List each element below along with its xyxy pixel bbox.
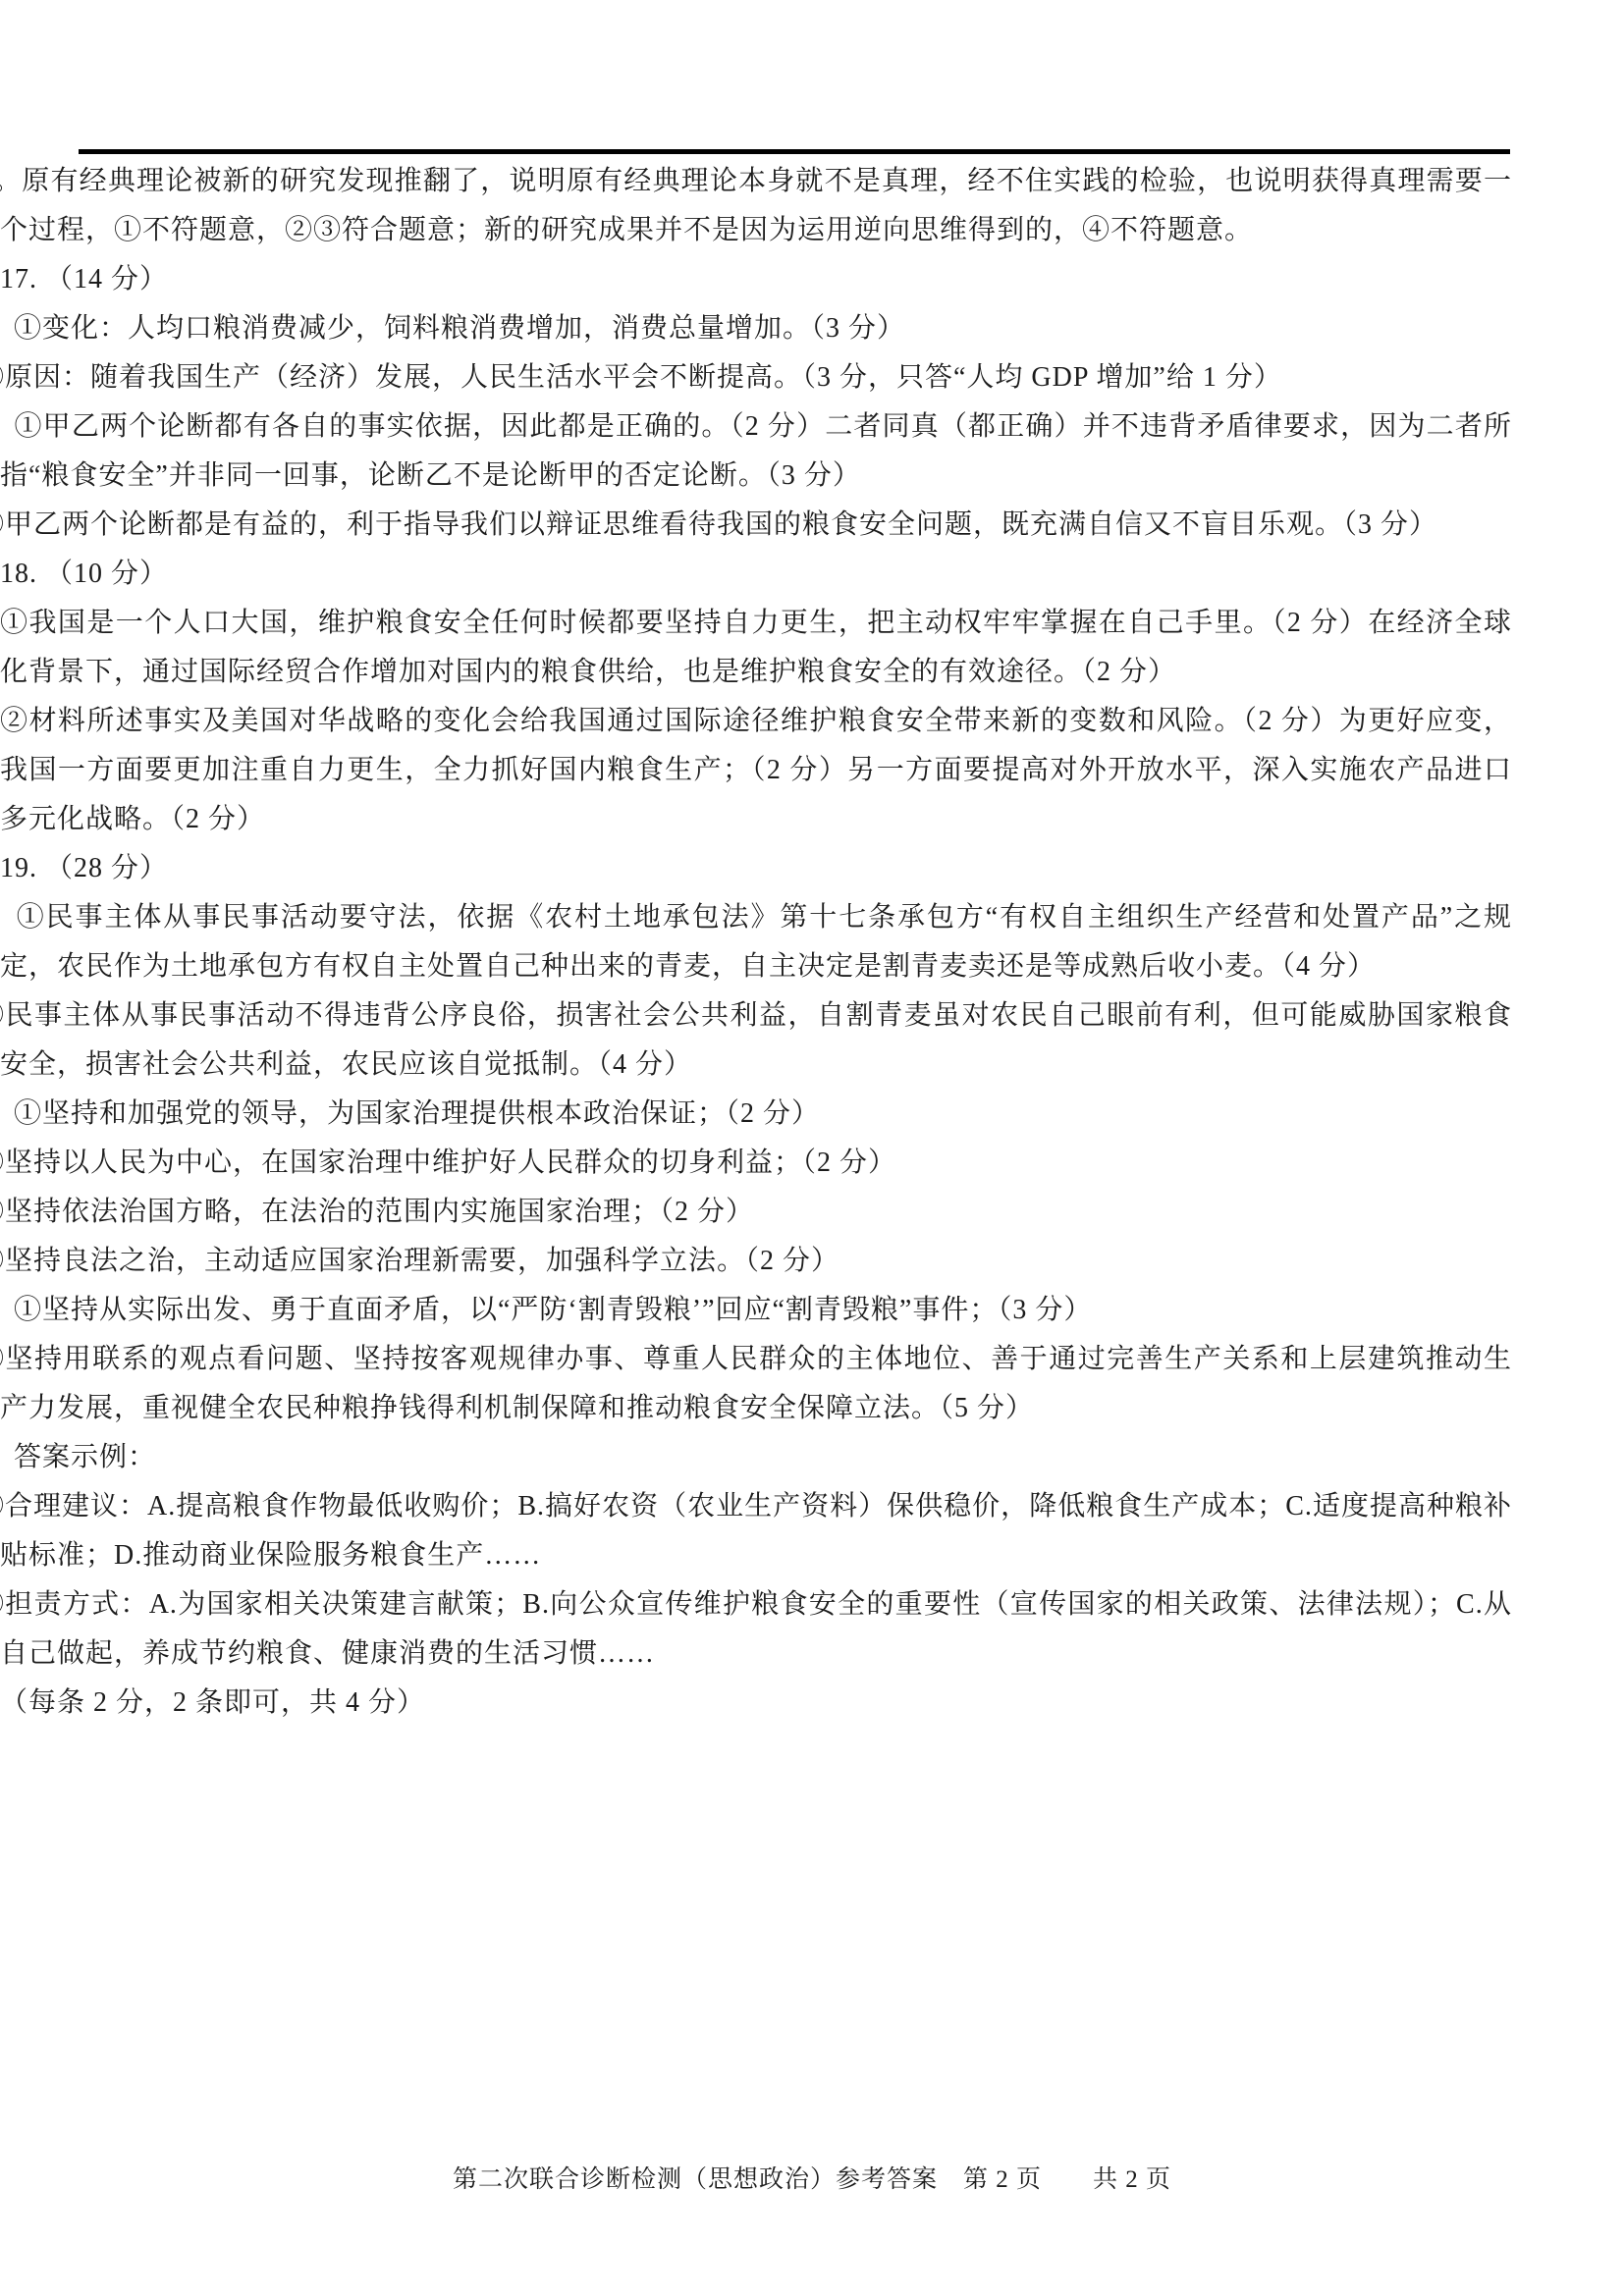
answer-line: ④坚持良法之治，主动适应国家治理新需要，加强科学立法。（2 分） [0,1237,1512,1286]
answer-line: ②坚持用联系的观点看问题、坚持按客观规律办事、尊重人民群众的主体地位、善于通过完… [0,1335,1512,1433]
answer-line: （4）答案示例： [0,1433,1512,1482]
answer-line: ①我国是一个人口大国，维护粮食安全任何时候都要坚持自力更生，把主动权牢牢掌握在自… [0,599,1512,697]
answer-line: ②甲乙两个论断都是有益的，利于指导我们以辩证思维看待我国的粮食安全问题，既充满自… [0,501,1512,550]
answer-line: （2）①坚持和加强党的领导，为国家治理提供根本政治保证；（2 分） [0,1090,1512,1139]
answer-line: （2）①甲乙两个论断都有各自的事实依据，因此都是正确的。（2 分）二者同真（都正… [0,402,1512,501]
answer-line: ②原因：随着我国生产（经济）发展，人民生活水平会不断提高。（3 分，只答“人均 … [0,353,1512,402]
answer-body: 16. C。原有经典理论被新的研究发现推翻了，说明原有经典理论本身就不是真理，经… [0,157,1512,1728]
answer-line: （每条 2 分，2 条即可，共 4 分） [0,1679,1512,1728]
answer-line: 17. （14 分） [0,255,1512,304]
answer-line: 18. （10 分） [0,550,1512,599]
answer-line: ②材料所述事实及美国对华战略的变化会给我国通过国际途径维护粮食安全带来新的变数和… [0,697,1512,844]
answer-line: ②坚持以人民为中心，在国家治理中维护好人民群众的切身利益；（2 分） [0,1139,1512,1188]
answer-line: ①合理建议：A.提高粮食作物最低收购价；B.搞好农资（农业生产资料）保供稳价，降… [0,1482,1512,1580]
answer-line: ②民事主体从事民事活动不得违背公序良俗，损害社会公共利益，自割青麦虽对农民自己眼… [0,991,1512,1090]
header-divider [79,149,1510,154]
answer-line: （3）①坚持从实际出发、勇于直面矛盾，以“严防‘割青毁粮’”回应“割青毁粮”事件… [0,1286,1512,1335]
answer-line: 16. C。原有经典理论被新的研究发现推翻了，说明原有经典理论本身就不是真理，经… [0,157,1512,255]
answer-line: ②担责方式：A.为国家相关决策建言献策；B.向公众宣传维护粮食安全的重要性（宣传… [0,1580,1512,1679]
answer-sheet-page: 16. C。原有经典理论被新的研究发现推翻了，说明原有经典理论本身就不是真理，经… [0,0,1624,2296]
answer-line: （1）①民事主体从事民事活动要守法，依据《农村土地承包法》第十七条承包方“有权自… [0,893,1512,991]
answer-line: 19. （28 分） [0,844,1512,893]
answer-line: ③坚持依法治国方略，在法治的范围内实施国家治理；（2 分） [0,1188,1512,1237]
answer-line: （1）①变化：人均口粮消费减少，饲料粮消费增加，消费总量增加。（3 分） [0,304,1512,353]
page-footer: 第二次联合诊断检测（思想政治）参考答案 第 2 页 共 2 页 [0,2160,1624,2195]
